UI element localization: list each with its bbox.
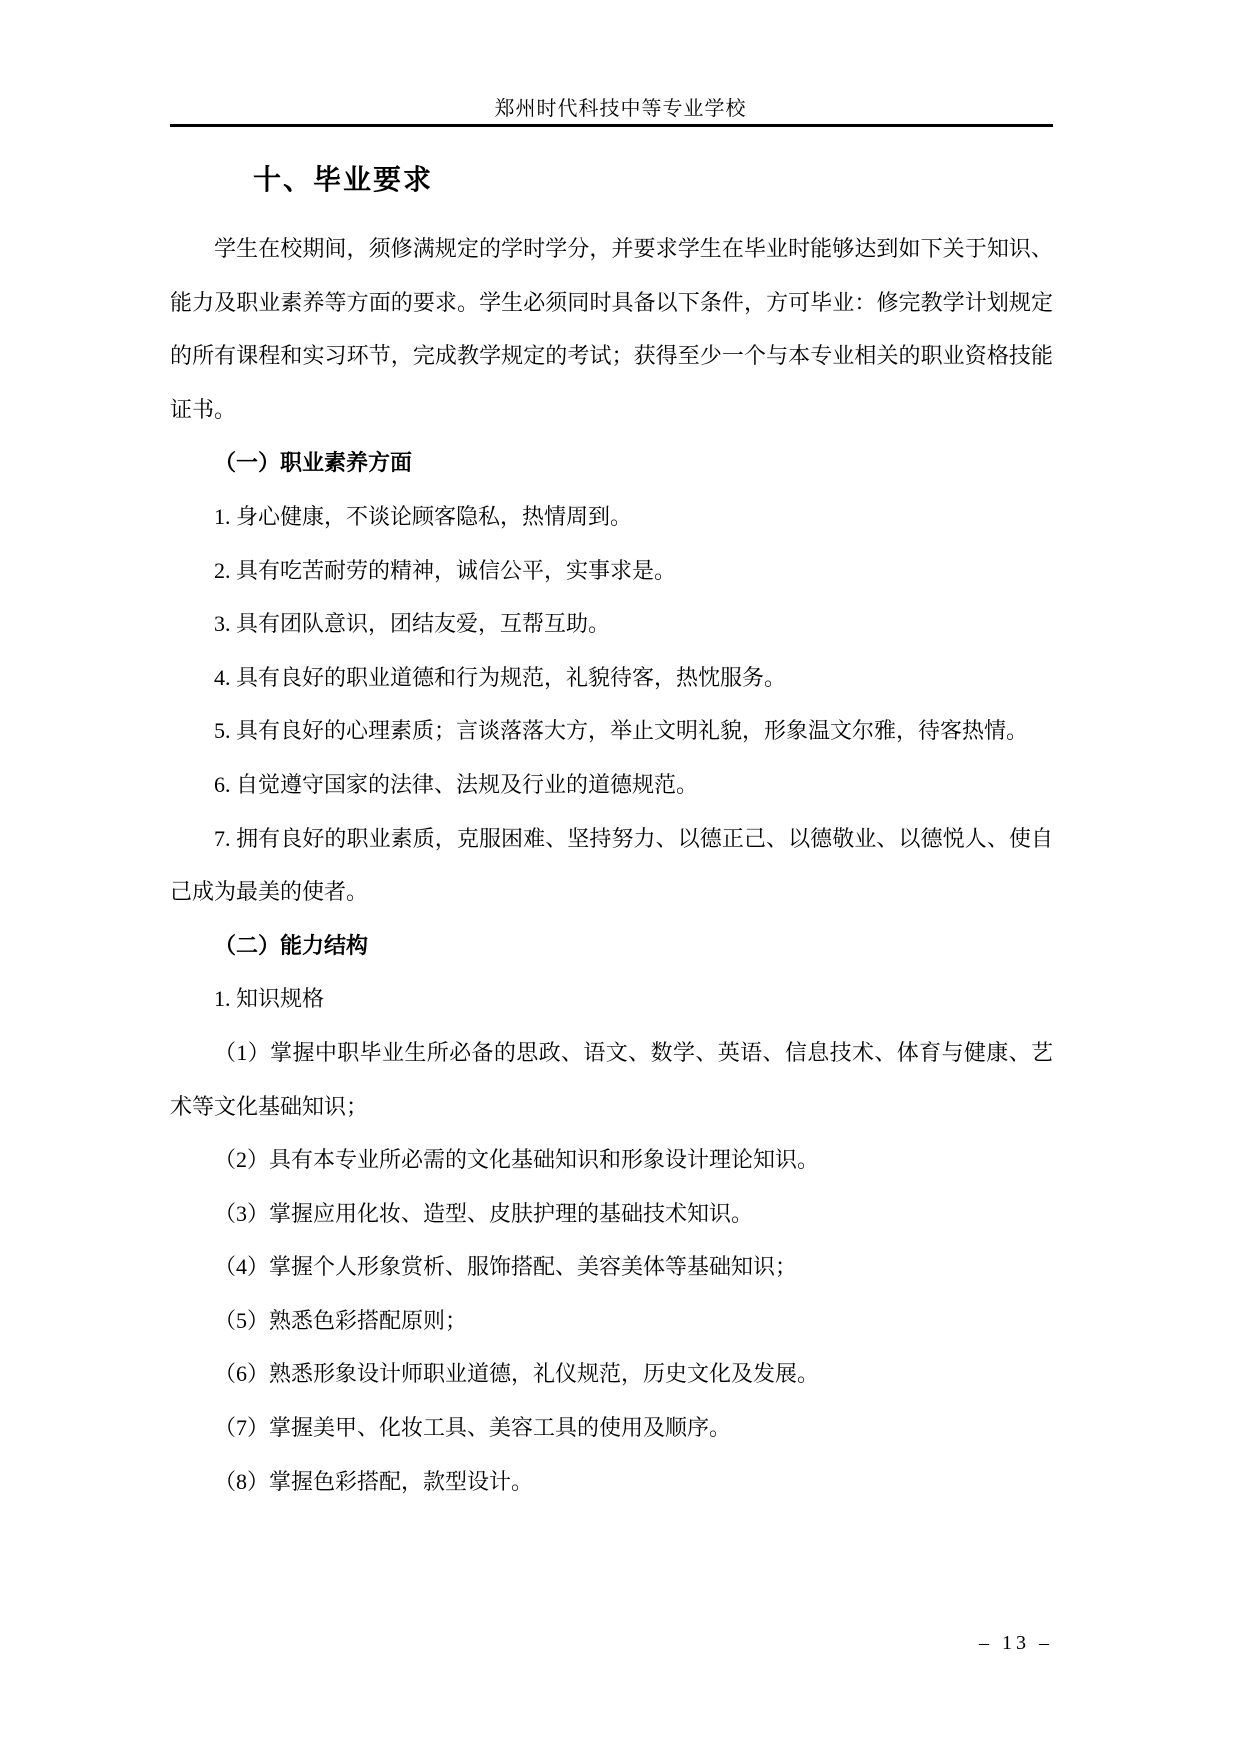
page-header-school-name: 郑州时代科技中等专业学校 [0, 92, 1241, 121]
section-title: 十、毕业要求 [253, 158, 433, 198]
knowledge-item-6: （6）熟悉形象设计师职业道德，礼仪规范，历史文化及发展。 [170, 1347, 1053, 1401]
quality-item-3: 3. 具有团队意识，团结友爱，互帮互助。 [170, 597, 1053, 651]
knowledge-item-3: （3）掌握应用化妆、造型、皮肤护理的基础技术知识。 [170, 1187, 1053, 1241]
knowledge-item-2: （2）具有本专业所必需的文化基础知识和形象设计理论知识。 [170, 1133, 1053, 1187]
quality-item-7: 7. 拥有良好的职业素质，克服困难、坚持努力、以德正己、以德敬业、以德悦人、使自… [170, 812, 1053, 919]
knowledge-item-5: （5）熟悉色彩搭配原则； [170, 1294, 1053, 1348]
knowledge-item-7: （7）掌握美甲、化妆工具、美容工具的使用及顺序。 [170, 1401, 1053, 1455]
section-1-heading: （一）职业素养方面 [170, 436, 1053, 490]
document-body: 学生在校期间，须修满规定的学时学分，并要求学生在毕业时能够达到如下关于知识、能力… [170, 222, 1053, 1508]
quality-item-4: 4. 具有良好的职业道德和行为规范，礼貌待客，热忱服务。 [170, 651, 1053, 705]
document-page: 郑州时代科技中等专业学校 十、毕业要求 学生在校期间，须修满规定的学时学分，并要… [0, 0, 1241, 1754]
page-number: – 13 – [170, 1632, 1053, 1655]
knowledge-item-8: （8）掌握色彩搭配，款型设计。 [170, 1455, 1053, 1509]
intro-paragraph: 学生在校期间，须修满规定的学时学分，并要求学生在毕业时能够达到如下关于知识、能力… [170, 222, 1053, 436]
knowledge-spec-heading: 1. 知识规格 [170, 972, 1053, 1026]
header-divider-line [170, 124, 1053, 127]
knowledge-item-1: （1）掌握中职毕业生所必备的思政、语文、数学、英语、信息技术、体育与健康、艺术等… [170, 1026, 1053, 1133]
quality-item-6: 6. 自觉遵守国家的法律、法规及行业的道德规范。 [170, 758, 1053, 812]
quality-item-2: 2. 具有吃苦耐劳的精神，诚信公平，实事求是。 [170, 544, 1053, 598]
section-2-heading: （二）能力结构 [170, 919, 1053, 973]
quality-item-1: 1. 身心健康，不谈论顾客隐私，热情周到。 [170, 490, 1053, 544]
quality-item-5: 5. 具有良好的心理素质；言谈落落大方，举止文明礼貌，形象温文尔雅，待客热情。 [170, 704, 1053, 758]
knowledge-item-4: （4）掌握个人形象赏析、服饰搭配、美容美体等基础知识； [170, 1240, 1053, 1294]
